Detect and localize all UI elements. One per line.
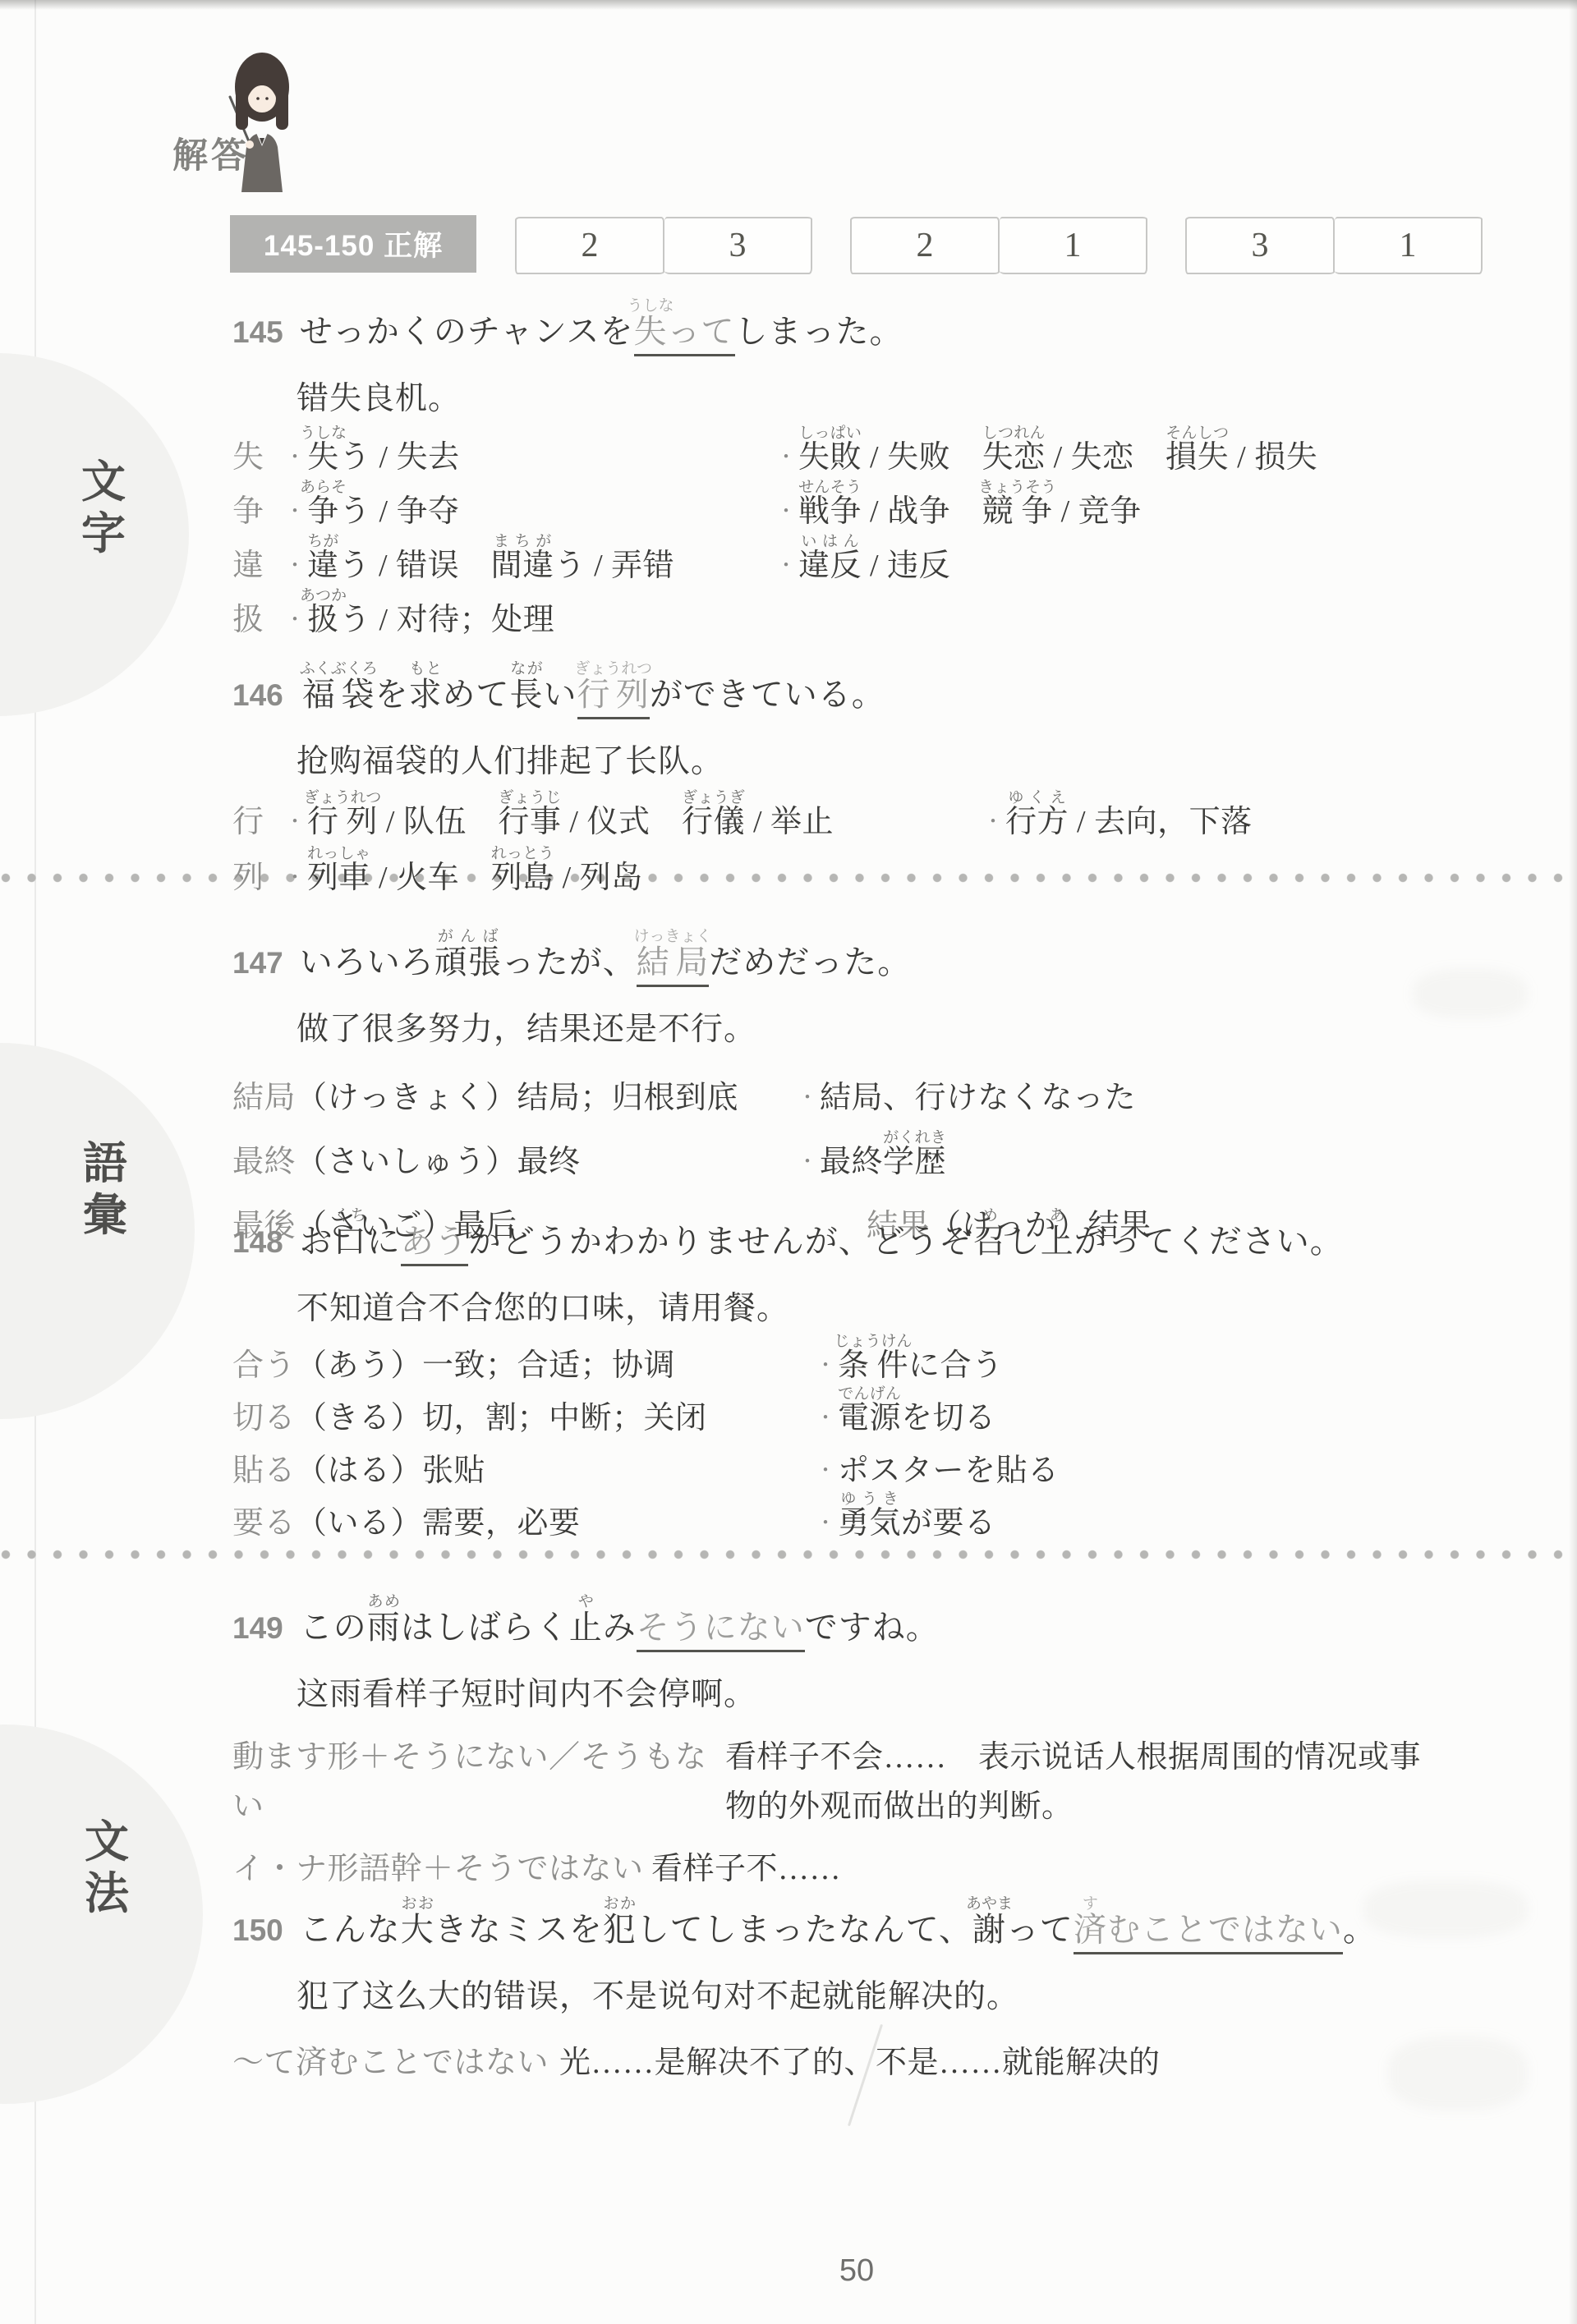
vocab-entries-right: ・戦争せんそう / 战争 競争きょうそう / 竞争 <box>776 479 1142 530</box>
question-number: 149 <box>232 1611 283 1646</box>
vocab-entries-right: ・行方ゆくえ / 去向，下落 <box>983 789 1253 841</box>
question-translation: 做了很多努力，结果还是不行。 <box>297 1004 1528 1049</box>
scan-edge-top <box>0 0 1577 10</box>
vocab-row: 結局（けっきょく）结局；归根到底 ・結局、行けなくなった <box>232 1053 1528 1117</box>
question-number: 148 <box>232 1225 283 1260</box>
page-number: 50 <box>811 2253 902 2289</box>
vocab-row: 違 ・違ちがう / 错误 間違まちがう / 弄错 ・違反いはん / 违反 <box>232 530 1528 585</box>
dotted-separator <box>0 1549 1577 1560</box>
question-sentence-line: 146 福袋ふくぶくろを求もとめて長ながい行列ぎょうれつができている。 <box>232 639 1528 714</box>
grammar-explanation: 看样子不会…… 表示说话人根据周围的情况或事物的外观而做出的判断。 <box>725 1733 1448 1831</box>
grammar-rows: 〜て済むことではない 光……是解决不了的、不是……就能解决的 <box>232 2037 1528 2082</box>
section-label-moji: 文字 <box>79 457 128 559</box>
vocab-example: ・ポスターを貼る <box>816 1444 1060 1490</box>
answer-range-badge: 145-150 正解 <box>230 215 476 273</box>
vocab-entries-left: ・違ちがう / 错误 間違まちがう / 弄错 <box>285 533 776 585</box>
answer-cell-group: 3 1 <box>1185 217 1483 274</box>
question-sentence: いろいろ頑張がんばったが、結局けっきょくだめだった。 <box>300 928 912 982</box>
question-translation: 这雨看样子短时间内不会停啊。 <box>297 1669 1528 1715</box>
grammar-pattern: 〜て済むことではない <box>232 2037 559 2082</box>
vocab-definition: 要る（いる）需要，必要 <box>232 1497 816 1542</box>
question-number: 150 <box>232 1913 283 1948</box>
question-translation: 抢购福袋的人们排起了长队。 <box>297 736 1528 782</box>
scan-edge-right <box>1569 0 1577 2324</box>
question-number: 146 <box>232 678 283 713</box>
vocab-entries-right: ・違反いはん / 违反 <box>776 533 950 585</box>
vocab-head-kanji: 失 <box>232 431 285 476</box>
vocab-row: 行 ・行列ぎょうれつ / 队伍 行事ぎょうじ / 仪式 行儀ぎょうぎ / 举止 … <box>232 785 1528 841</box>
question-translation: 犯了这么大的错误，不是说句对不起就能解决的。 <box>297 1971 1528 2017</box>
answer-cell: 3 <box>664 217 812 274</box>
grammar-row: 〜て済むことではない 光……是解决不了的、不是……就能解决的 <box>232 2037 1528 2082</box>
vocab-entries-right: ・失敗しっぱい / 失败 失恋しつれん / 失恋 損失そんしつ / 损失 <box>776 425 1317 476</box>
question-148: 148 お口くちにあうかどうかわかりませんが、どうぞ召めし上あがってください。 … <box>232 1186 1528 1542</box>
vocab-definition: 最終（さいしゅう）最终 <box>232 1136 798 1181</box>
answer-cells: 2 3 2 1 3 1 <box>515 217 1483 274</box>
question-sentence: せっかくのチャンスを失うしなってしまった。 <box>300 297 903 351</box>
vocab-example: ・電源でんげんを切る <box>816 1385 996 1437</box>
vocab-example: ・結局、行けなくなった <box>798 1072 1136 1117</box>
vocab-row: 争 ・争あらそう / 争夺 ・戦争せんそう / 战争 競争きょうそう / 竞争 <box>232 476 1528 530</box>
vocab-row: 合う（あう）一致；合适；协调 ・条件じょうけんに合う <box>232 1332 1528 1385</box>
vocab-entries-left: ・争あらそう / 争夺 <box>285 479 776 530</box>
vocab-example: ・最終学歴がくれき <box>798 1129 946 1181</box>
vocab-entries-left: ・列車れっしゃ / 火车 列島れっとう / 列岛 <box>285 845 983 897</box>
section-label-bunpou: 文法 <box>82 1816 131 1919</box>
vocab-head-kanji: 行 <box>232 796 285 841</box>
vocab-definition: 貼る（はる）张贴 <box>232 1444 816 1490</box>
question-146: 146 福袋ふくぶくろを求もとめて長ながい行列ぎょうれつができている。 抢购福袋… <box>232 639 1528 897</box>
grammar-pattern: 動ます形＋そうにない／そうもない <box>232 1733 725 1831</box>
teacher-girl-illustration <box>225 46 297 192</box>
vocab-entries-left: ・扱あつかう / 对待；处理 <box>285 587 776 639</box>
answer-cell: 2 <box>515 217 664 274</box>
vocab-head-kanji: 違 <box>232 540 285 585</box>
vocab-row: 失 ・失うしなう / 失去 ・失敗しっぱい / 失败 失恋しつれん / 失恋 損… <box>232 422 1528 476</box>
vocab-rows: 行 ・行列ぎょうれつ / 队伍 行事ぎょうじ / 仪式 行儀ぎょうぎ / 举止 … <box>232 785 1528 897</box>
section-label-goi: 語彙 <box>80 1138 130 1241</box>
question-sentence-line: 149 この雨あめはしばらく止やみそうにないですね。 <box>232 1572 1528 1647</box>
grammar-row: 動ます形＋そうにない／そうもない 看样子不会…… 表示说话人根据周围的情况或事物… <box>232 1733 1528 1831</box>
answer-cell: 1 <box>1000 217 1147 274</box>
vocab-example: ・勇気ゆうきが要る <box>816 1490 996 1542</box>
question-sentence: 福袋ふくぶくろを求もとめて長ながい行列ぎょうれつができている。 <box>300 660 885 714</box>
question-sentence: この雨あめはしばらく止やみそうにないですね。 <box>300 1593 940 1647</box>
vocab-rows: 失 ・失うしなう / 失去 ・失敗しっぱい / 失败 失恋しつれん / 失恋 損… <box>232 422 1528 639</box>
answer-cell-group: 2 1 <box>850 217 1147 274</box>
vocab-row: 貼る（はる）张贴 ・ポスターを貼る <box>232 1437 1528 1490</box>
vocab-example: ・条件じょうけんに合う <box>816 1333 1004 1385</box>
question-translation: 不知道合不合您的口味，请用餐。 <box>297 1283 1528 1329</box>
question-sentence: こんな大おおきなミスを犯おかしてしまったなんて、謝あやまって済すむことではない。 <box>300 1895 1377 1950</box>
vocab-row: 最終（さいしゅう）最终 ・最終学歴がくれき <box>232 1117 1528 1181</box>
vocab-row: 列 ・列車れっしゃ / 火车 列島れっとう / 列岛 <box>232 841 1528 897</box>
question-sentence-line: 145 せっかくのチャンスを失うしなってしまった。 <box>232 276 1528 351</box>
grammar-rows: 動ます形＋そうにない／そうもない 看样子不会…… 表示说话人根据周围的情况或事物… <box>232 1733 1528 1894</box>
vocab-entries-left: ・失うしなう / 失去 <box>285 425 776 476</box>
question-translation: 错失良机。 <box>297 373 1528 419</box>
vocab-rows: 合う（あう）一致；合适；协调 ・条件じょうけんに合う 切る（きる）切，割；中断；… <box>232 1332 1528 1542</box>
question-sentence-line: 150 こんな大おおきなミスを犯おかしてしまったなんて、謝あやまって済すむことで… <box>232 1874 1528 1950</box>
textbook-answer-page: 文字 語彙 文法 解答 145-150 正解 2 3 2 1 3 1 <box>0 0 1577 2324</box>
vocab-entries-left: ・行列ぎょうれつ / 队伍 行事ぎょうじ / 仪式 行儀ぎょうぎ / 举止 <box>285 789 983 841</box>
answer-cell-group: 2 3 <box>515 217 812 274</box>
vocab-row: 要る（いる）需要，必要 ・勇気ゆうきが要る <box>232 1490 1528 1542</box>
question-145: 145 せっかくのチャンスを失うしなってしまった。 错失良机。 失 ・失うしなう… <box>232 276 1528 639</box>
question-sentence: お口くちにあうかどうかわかりませんが、どうぞ召めし上あがってください。 <box>300 1207 1344 1261</box>
question-sentence-line: 148 お口くちにあうかどうかわかりませんが、どうぞ召めし上あがってください。 <box>232 1186 1528 1261</box>
vocab-definition: 結局（けっきょく）结局；归根到底 <box>232 1072 798 1117</box>
vocab-head-kanji: 争 <box>232 485 285 530</box>
answer-cell: 2 <box>850 217 1000 274</box>
question-149: 149 この雨あめはしばらく止やみそうにないですね。 这雨看样子短时间内不会停啊… <box>232 1572 1528 1907</box>
grammar-explanation: 光……是解决不了的、不是……就能解决的 <box>559 2037 1161 2082</box>
question-number: 147 <box>232 946 283 981</box>
vocab-head-kanji: 扱 <box>232 594 285 639</box>
question-number: 145 <box>232 315 283 350</box>
vocab-row: 切る（きる）切，割；中断；关闭 ・電源でんげんを切る <box>232 1385 1528 1437</box>
answer-cell: 3 <box>1185 217 1335 274</box>
vocab-definition: 切る（きる）切，割；中断；关闭 <box>232 1392 816 1437</box>
question-sentence-line: 147 いろいろ頑張がんばったが、結局けっきょくだめだった。 <box>232 907 1528 982</box>
vocab-head-kanji: 列 <box>232 852 285 897</box>
vocab-definition: 合う（あう）一致；合适；协调 <box>232 1339 816 1385</box>
vocab-row: 扱 ・扱あつかう / 对待；处理 <box>232 585 1528 639</box>
question-150: 150 こんな大おおきなミスを犯おかしてしまったなんて、謝あやまって済すむことで… <box>232 1874 1528 2082</box>
answer-cell: 1 <box>1335 217 1483 274</box>
